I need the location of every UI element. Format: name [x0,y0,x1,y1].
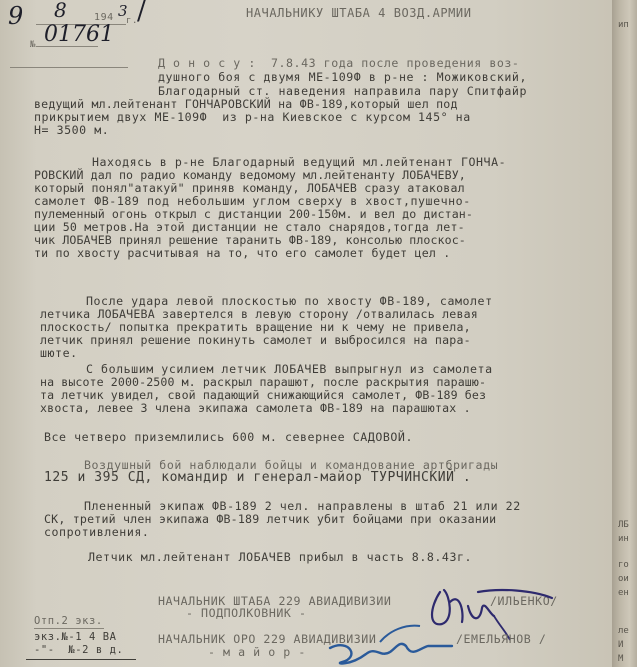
handwritten-day: 9 [8,2,23,30]
ram-line: летчик принял решение покинуть самолет и… [40,333,471,347]
report-line: Благодарный ст. наведения направила пару… [158,84,527,98]
signatory-2-name: /ЕМЕЛЬЯНОВ / [456,632,546,646]
edge-fragment: М [618,654,623,665]
addressee: НАЧАЛЬНИКУ ШТАБА 4 ВОЗД.АРМИИ [246,6,471,20]
report-line: ведущий мл.лейтенант ГОНЧАРОВСКИЙ на ФВ-… [34,97,458,111]
distribution-line: Отп.2 экз. [34,614,103,628]
number-underline [36,46,98,47]
distribution-line: -"- №-2 в д. [34,643,123,657]
ram-line: После удара левой плоскостью по хвосту Ф… [86,294,493,308]
ram-line: шюте. [40,346,78,360]
report-line: Д о н о с у : 7.8.43 года после проведен… [158,56,519,70]
handwritten-slash-mark: / [137,0,146,26]
edge-fragment: ЛБ [618,520,629,531]
landing-line: Все четверо приземлились 600 м. севернее… [44,430,413,444]
attack-line: самолет ФВ-189 под небольшим углом сверх… [34,194,471,208]
captured-line: Плененный экипаж ФВ-189 2 чел. направлен… [84,499,521,513]
attack-line: чик ЛОБАЧЕВ принял решение таранить ФВ-1… [34,233,466,247]
returned-line: Летчик мл.лейтенант ЛОБАЧЕВ прибыл в час… [88,550,472,564]
signatory-2-rank: - м а й о р - [208,645,306,659]
signatory-1-rank: - ПОДПОЛКОВНИК - [186,606,306,620]
edge-fragment: ои [618,574,629,585]
report-line: Н= 3500 м. [34,123,109,137]
attack-line: РОВСКИЙ дал по радио команду ведомому мл… [34,168,466,182]
distribution-line: экз.№-1 4 ВА [34,630,116,644]
document-page: 9 8 194 3 г. / № 01761 НАЧАЛЬНИКУ ШТАБА … [0,0,612,667]
report-line: прикрытием двух МЕ-109Ф из р-на Киевское… [34,110,471,124]
witnesses-line: 125 и 395 СД, командир и генерал-майор Т… [44,471,471,485]
blank-line [10,67,128,68]
attack-line: который понял"атакуй" приняв команду, ЛО… [34,181,465,195]
distribution-underline [34,628,104,629]
edge-fragment: ен [618,588,629,599]
attack-line: Находясь в р-не Благодарный ведущий мл.л… [92,155,506,169]
attack-line: ти по хвосту расчитывая на то, что его с… [34,246,450,260]
handwritten-number: 01761 [44,22,114,47]
signature-2-icon [320,618,460,667]
edge-fragment: И [618,640,623,651]
ram-line: летчика ЛОБАЧЕВА завертелся в левую стор… [40,307,478,321]
handwritten-month: 8 [54,0,67,22]
parachute-line: на высоте 2000-2500 м. раскрыл парашют, … [40,375,486,389]
parachute-line: хвоста, левее 3 члена экипажа самолета Ф… [40,401,471,415]
distribution-bottom-line [26,659,136,660]
report-line: душного боя с двумя МЕ-109Ф в р-не : Мож… [158,70,527,84]
ram-line: плоскость/ попытка прекратить вращение н… [40,320,471,334]
captured-line: сопротивления. [44,525,149,539]
attack-line: пулеменный огонь открыл с дистанции 200-… [34,207,473,221]
parachute-line: та летчик увидел, свой падающий снижающи… [40,388,486,402]
attack-line: ции 50 метров.На этой дистанции не стало… [34,220,465,234]
captured-line: СК, третий член экипажа ФВ-189 летчик уб… [44,512,496,526]
edge-fragment: го [618,560,629,571]
edge-fragment: ин [618,534,629,545]
parachute-line: С большим усилием летчик ЛОБАЧЕВ выпрыгн… [86,362,493,376]
edge-fragment: ле [618,626,629,637]
edge-fragment: ип [618,20,629,31]
number-label: № [30,38,36,52]
